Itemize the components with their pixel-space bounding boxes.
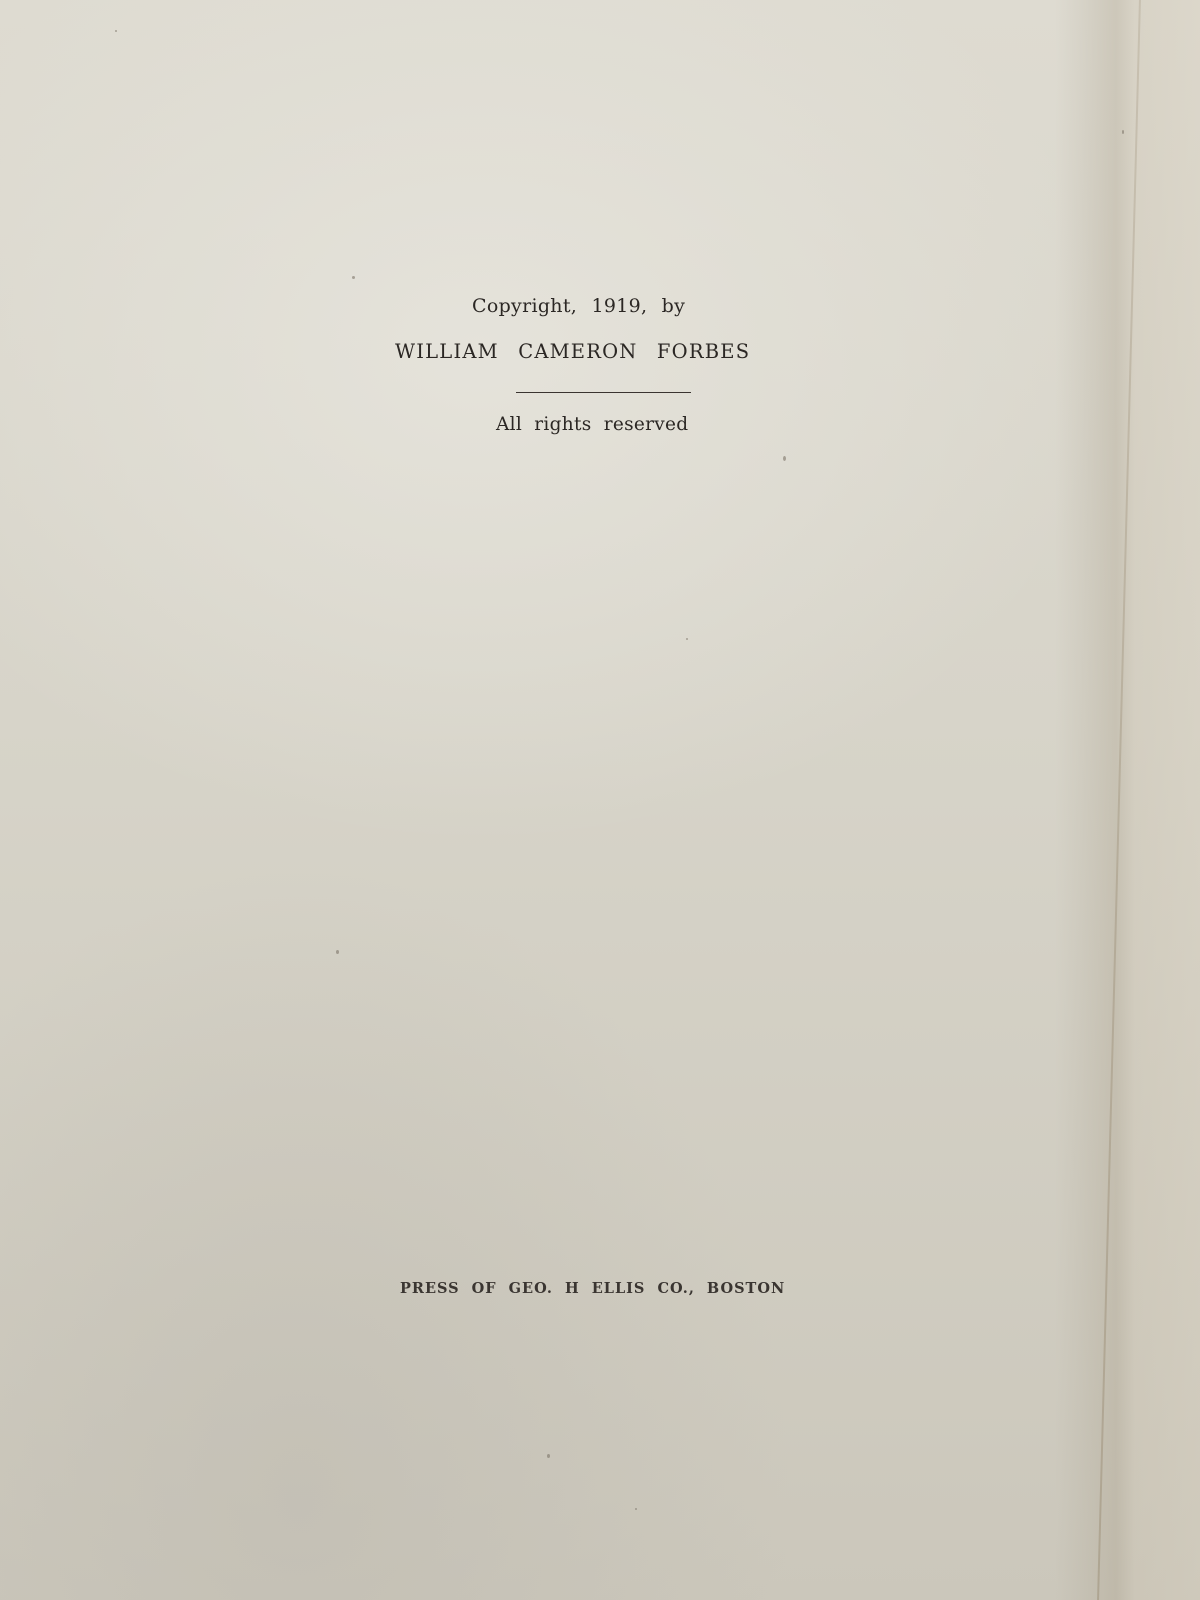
printer-imprint: PRESS OF GEO. H ELLIS CO., BOSTON <box>400 1280 785 1297</box>
paper-speck <box>635 1508 637 1510</box>
paper-speck <box>686 638 688 640</box>
page-fold-shadow <box>1055 0 1200 1600</box>
paper-speck <box>352 276 355 279</box>
author-name: WILLIAM CAMERON FORBES <box>395 340 750 363</box>
paper-speck <box>783 456 786 461</box>
copyright-line: Copyright, 1919, by <box>472 295 685 317</box>
paper-speck <box>336 950 339 954</box>
divider-rule <box>516 392 691 393</box>
rights-statement: All rights reserved <box>496 414 688 435</box>
paper-speck <box>547 1454 550 1458</box>
book-page: Copyright, 1919, by WILLIAM CAMERON FORB… <box>0 0 1200 1600</box>
paper-speck <box>1122 130 1124 134</box>
paper-speck <box>115 30 117 32</box>
